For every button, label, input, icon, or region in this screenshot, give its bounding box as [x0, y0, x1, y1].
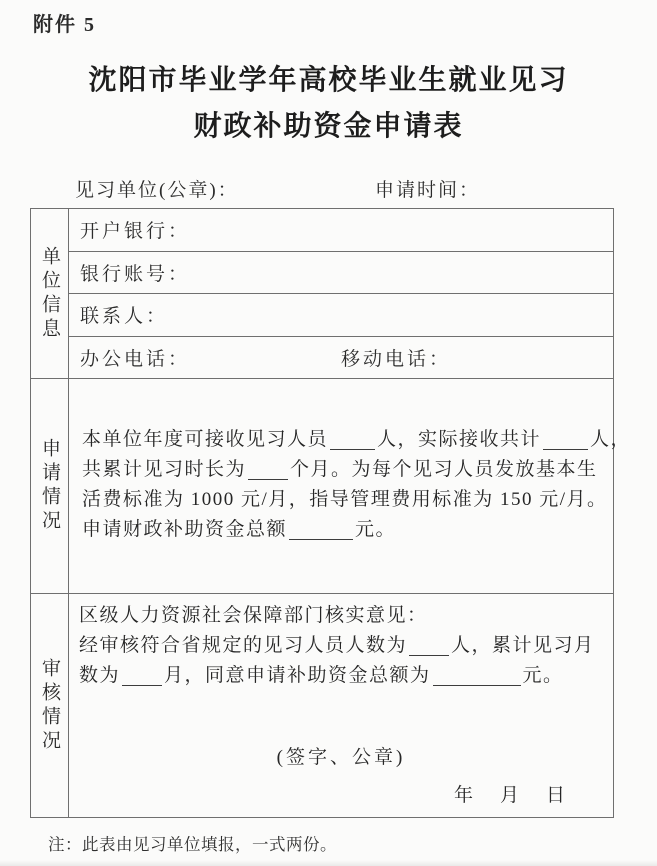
review-text-line3: 数为月，同意申请补助资金总额为元。	[79, 661, 603, 691]
application-text: 本单位年度可接收见习人员	[82, 429, 328, 450]
application-text-line2: 共累计见习时长为个月。为每个见习人员发放基本生	[82, 455, 631, 485]
unit-info-rows: 开户银行： 银行账号： 联系人： 办公电话： 移动电话：	[69, 209, 613, 378]
blank-total-months	[248, 459, 288, 480]
form-title-line2: 财政补助资金申请表	[0, 104, 657, 150]
office-phone-field-label: 办公电话：	[80, 344, 190, 371]
application-text: 申请财政补助资金总额	[82, 519, 287, 540]
section-review-body: 区级人力资源社会保障部门核实意见： 经审核符合省规定的见习人员人数为人，累计见习…	[69, 594, 613, 817]
application-text: 活费标准为 1000 元/月，指导管理费用标准为 150 元/月。	[82, 489, 608, 510]
form-title: 沈阳市毕业学年高校毕业生就业见习 财政补助资金申请表	[0, 58, 657, 150]
section-review-header: 审核情况	[31, 594, 69, 817]
bank-field-label: 开户银行：	[80, 216, 190, 243]
row-account: 银行账号：	[69, 251, 613, 294]
application-text: 人，	[590, 429, 631, 450]
review-text: 月，同意申请补助资金总额为	[164, 665, 431, 686]
section-review: 审核情况 区级人力资源社会保障部门核实意见： 经审核符合省规定的见习人员人数为人…	[31, 593, 613, 817]
signature-seal-hint: (签字、公章)	[79, 743, 603, 773]
application-text-line3: 活费标准为 1000 元/月，指导管理费用标准为 150 元/月。	[82, 485, 631, 515]
application-text-line1: 本单位年度可接收见习人员人，实际接收共计人，	[82, 425, 631, 455]
section-unit-info: 单位信息 开户银行： 银行账号： 联系人： 办公电话： 移动电话：	[31, 209, 613, 378]
section-unit-info-header-text: 单位信息	[36, 246, 63, 342]
application-text: 元。	[355, 519, 396, 540]
unit-seal-field-label: 见习单位(公章)：	[75, 175, 239, 202]
section-application-header: 申请情况	[31, 379, 69, 593]
form-header: 见习单位(公章)： 申请时间：	[0, 175, 657, 199]
row-bank: 开户银行：	[69, 209, 613, 251]
blank-annual-capacity	[330, 429, 375, 450]
section-unit-info-body: 开户银行： 银行账号： 联系人： 办公电话： 移动电话：	[69, 209, 613, 378]
section-application: 申请情况 本单位年度可接收见习人员人，实际接收共计人， 共累计见习时长为个月。为…	[31, 378, 613, 593]
section-application-header-text: 申请情况	[36, 438, 63, 534]
review-text-line1: 区级人力资源社会保障部门核实意见：	[79, 601, 603, 631]
footer-note: 注：此表由见习单位填报，一式两份。	[48, 831, 337, 855]
mobile-phone-field-label: 移动电话：	[341, 344, 451, 371]
application-text: 人，实际接收共计	[377, 429, 541, 450]
application-form-table: 单位信息 开户银行： 银行账号： 联系人： 办公电话： 移动电话：	[30, 208, 614, 818]
account-field-label: 银行账号：	[80, 259, 190, 286]
blank-approved-total	[433, 665, 521, 686]
review-text: 元。	[523, 665, 564, 686]
row-phones: 办公电话： 移动电话：	[69, 336, 613, 379]
section-unit-info-header: 单位信息	[31, 209, 69, 378]
review-text: 经审核符合省规定的见习人员人数为	[79, 635, 407, 656]
review-text: 人，累计见习月	[451, 635, 595, 656]
review-text-line2: 经审核符合省规定的见习人员人数为人，累计见习月	[79, 631, 603, 661]
scan-edge-shadow	[0, 860, 657, 866]
contact-field-label: 联系人：	[80, 301, 168, 328]
blank-verified-count	[409, 635, 449, 656]
application-text-line4: 申请财政补助资金总额元。	[82, 515, 631, 545]
review-text: 区级人力资源社会保障部门核实意见：	[79, 605, 428, 626]
form-title-line1: 沈阳市毕业学年高校毕业生就业见习	[0, 58, 657, 104]
section-review-header-text: 审核情况	[36, 658, 63, 754]
blank-actual-received	[543, 429, 588, 450]
year-month-day-line: 年 月 日	[79, 781, 603, 811]
blank-subsidy-total	[289, 519, 353, 540]
section-application-body: 本单位年度可接收见习人员人，实际接收共计人， 共累计见习时长为个月。为每个见习人…	[69, 379, 641, 593]
application-text: 共累计见习时长为	[82, 459, 246, 480]
blank-verified-months	[122, 665, 162, 686]
attachment-label: 附件 5	[33, 8, 96, 37]
application-date-field-label: 申请时间：	[375, 175, 480, 202]
row-contact: 联系人：	[69, 293, 613, 336]
application-text: 个月。为每个见习人员发放基本生	[290, 459, 598, 480]
review-text: 数为	[79, 665, 120, 686]
